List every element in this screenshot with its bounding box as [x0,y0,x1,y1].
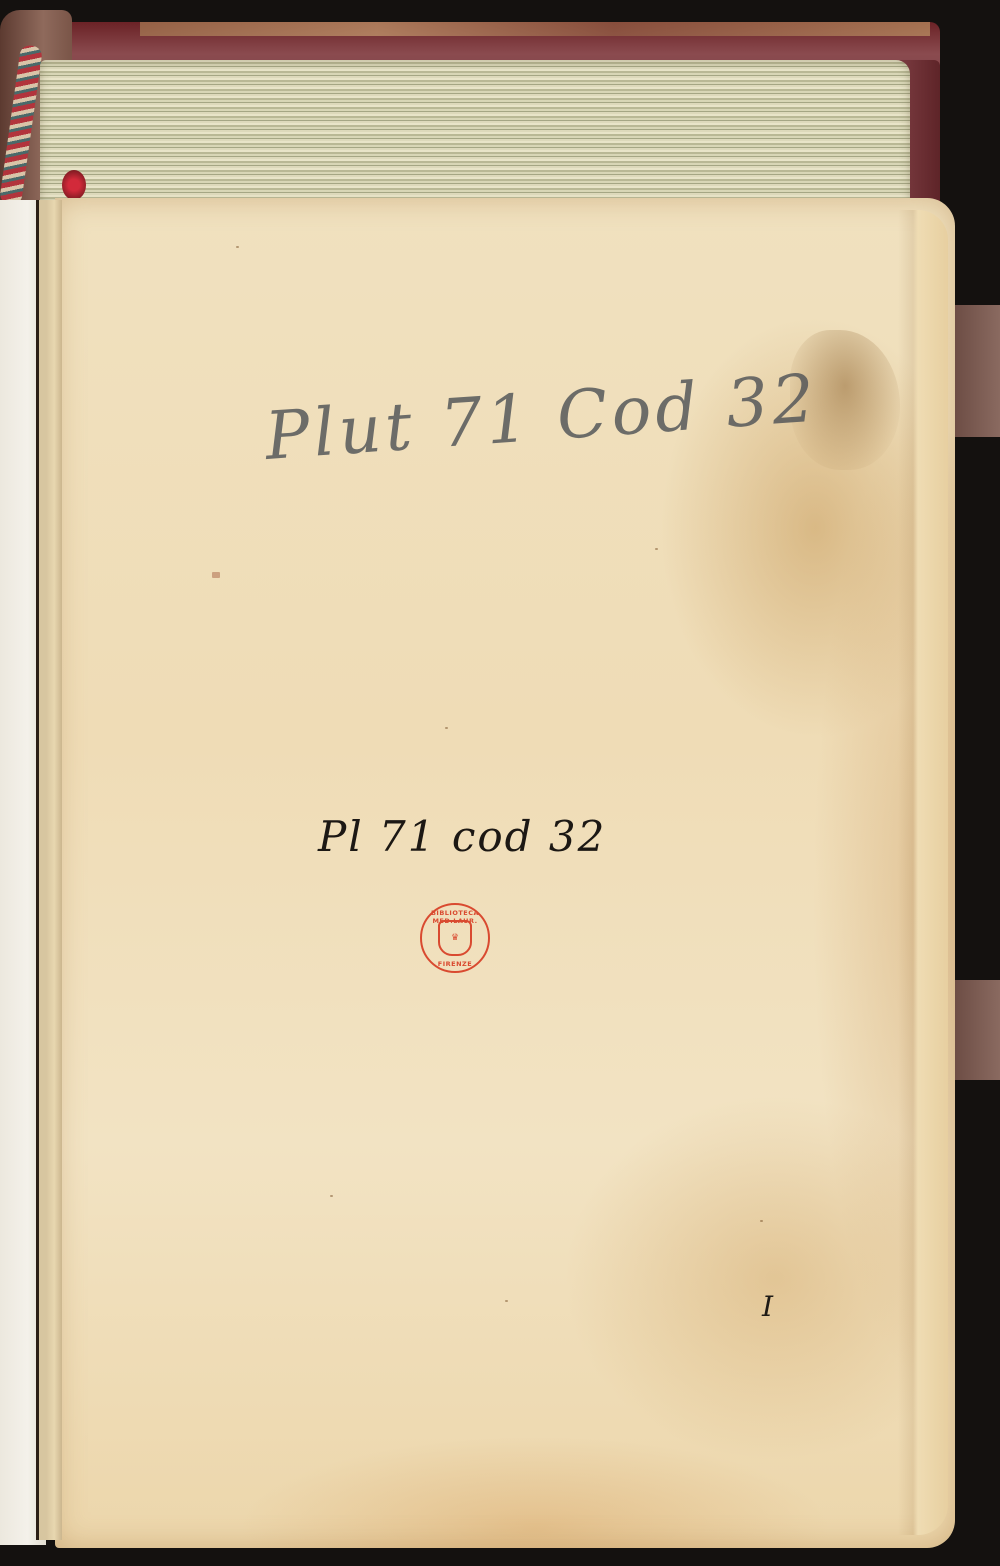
cover-tab-upper [950,305,1000,437]
ink-shelfmark: Pl 71 cod 32 [318,812,606,861]
manuscript-photo: Plut 71 Cod 32 Pl 71 cod 32 BIBLIOTECA M… [0,0,1000,1566]
gutter [36,200,62,1540]
stamp-text-bottom: FIRENZE [422,960,488,968]
folio-number: I [762,1290,773,1323]
library-stamp: BIBLIOTECA MED.LAUR. ♛ FIRENZE [420,903,490,973]
crown-shield-icon: ♛ [438,920,472,956]
text-block-edges [40,60,910,205]
stamp-text-top: BIBLIOTECA MED.LAUR. [422,909,488,925]
headband-knot-icon [62,170,86,200]
binding-worn-edge [140,22,930,36]
page-fore-edge [898,210,948,1535]
cover-tab-lower [950,980,1000,1080]
